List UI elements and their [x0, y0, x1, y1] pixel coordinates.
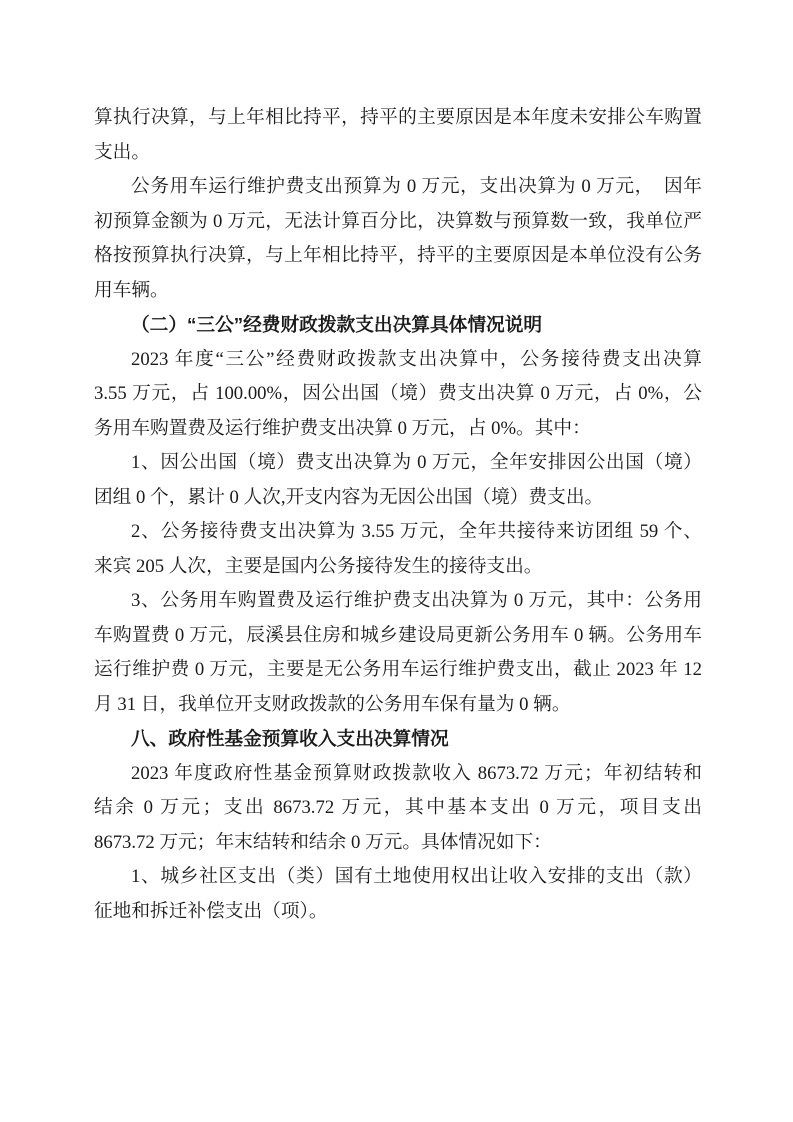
doc-line: 2023 年度“三公”经费财政拨款支出决算中，公务接待费支出决算 [94, 343, 702, 378]
doc-line: 团组 0 个，累计 0 人次,开支内容为无因公出国（境）费支出。 [94, 481, 702, 516]
doc-line: 3.55 万元，占 100.00%，因公出国（境）费支出决算 0 万元，占 0%… [94, 377, 702, 412]
doc-line: 初预算金额为 0 万元，无法计算百分比，决算数与预算数一致，我单位严 [94, 205, 702, 240]
doc-line: 3、公务用车购置费及运行维护费支出决算为 0 万元，其中：公务用 [94, 584, 702, 619]
doc-line: 1、因公出国（境）费支出决算为 0 万元，全年安排因公出国（境） [94, 446, 702, 481]
doc-line: 2023 年度政府性基金预算财政拨款收入 8673.72 万元；年初结转和 [94, 757, 702, 792]
doc-line: 月 31 日，我单位开支财政拨款的公务用车保有量为 0 辆。 [94, 688, 702, 723]
doc-line: 公务用车运行维护费支出预算为 0 万元，支出决算为 0 万元， 因年 [94, 170, 702, 205]
doc-line: 来宾 205 人次，主要是国内公务接待发生的接待支出。 [94, 550, 702, 585]
section-heading-sangong: （二）“三公”经费财政拨款支出决算具体情况说明 [94, 308, 702, 343]
doc-line: 2、公务接待费支出决算为 3.55 万元，全年共接待来访团组 59 个、 [94, 515, 702, 550]
doc-line: 支出。 [94, 136, 702, 171]
doc-line: 运行维护费 0 万元，主要是无公务用车运行维护费支出，截止 2023 年 12 [94, 653, 702, 688]
doc-line: 车购置费 0 万元，辰溪县住房和城乡建设局更新公务用车 0 辆。公务用车 [94, 619, 702, 654]
doc-line: 算执行决算，与上年相比持平，持平的主要原因是本年度未安排公车购置 [94, 101, 702, 136]
doc-line: 结余 0 万元；支出 8673.72 万元，其中基本支出 0 万元，项目支出 [94, 791, 702, 826]
document-content: 算执行决算，与上年相比持平，持平的主要原因是本年度未安排公车购置 支出。 公务用… [94, 101, 702, 929]
doc-line: 务用车购置费及运行维护费支出决算 0 万元，占 0%。其中： [94, 412, 702, 447]
document-page: 算执行决算，与上年相比持平，持平的主要原因是本年度未安排公车购置 支出。 公务用… [0, 0, 793, 1122]
doc-line: 格按预算执行决算，与上年相比持平，持平的主要原因是本单位没有公务 [94, 239, 702, 274]
doc-line: 1、城乡社区支出（类）国有土地使用权出让收入安排的支出（款） [94, 860, 702, 895]
doc-line: 8673.72 万元；年末结转和结余 0 万元。具体情况如下： [94, 826, 702, 861]
doc-line: 用车辆。 [94, 274, 702, 309]
doc-line: 征地和拆迁补偿支出（项）。 [94, 895, 702, 930]
section-heading-gov-fund: 八、政府性基金预算收入支出决算情况 [94, 722, 702, 757]
